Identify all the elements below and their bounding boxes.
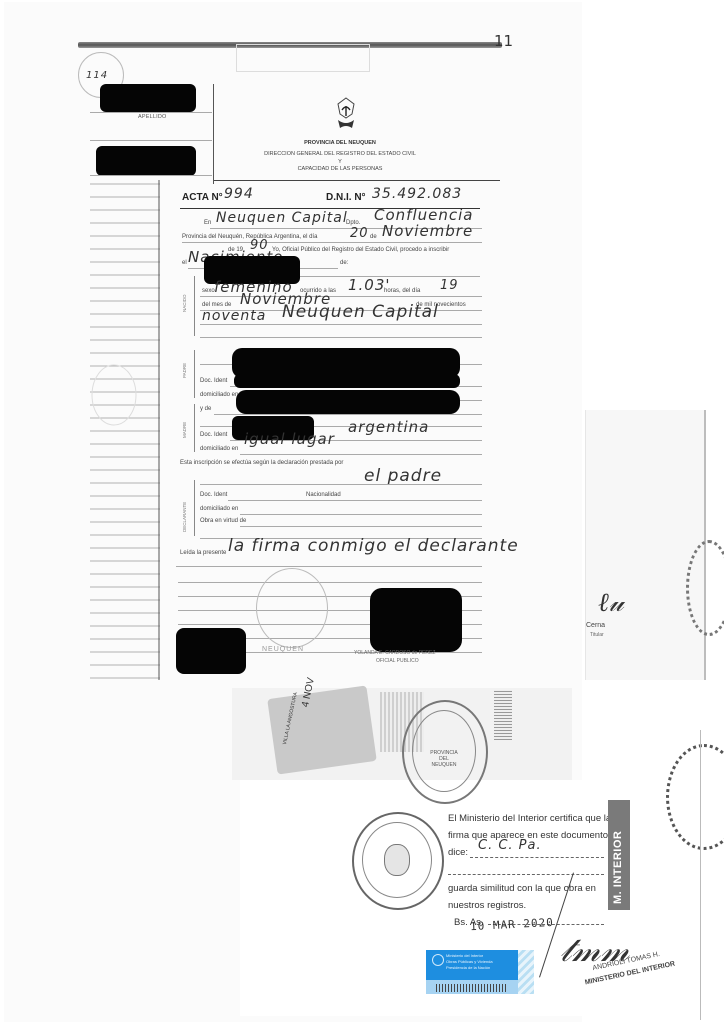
sticker-line-3: Presidencia de la Nación — [446, 965, 490, 970]
form-line — [178, 582, 482, 583]
section-label-madre: MADRE — [182, 422, 187, 438]
padre-doc-label: Doc. Ident — [200, 378, 227, 384]
dotted-line — [448, 874, 604, 875]
place-value: Neuquen Capital — [216, 210, 348, 226]
declarant-value: el padre — [364, 466, 442, 486]
redacted-name — [96, 146, 196, 176]
leida-label: Leída la presente — [180, 550, 226, 556]
cert-line-4: guarda similitud con la que obra en — [448, 880, 596, 897]
day-registered: 20 — [350, 226, 369, 241]
redacted-mother-name — [236, 390, 460, 414]
right-signer-title: Titular — [590, 632, 604, 638]
apellido-label: APELLIDO — [138, 114, 167, 120]
province-title: PROVINCIA DEL NEUQUEN — [220, 140, 460, 146]
sticker-line-2: Obras Públicas y Vivienda — [446, 959, 493, 964]
right-signer-name: Cerna — [586, 622, 605, 629]
margin-notes-column — [88, 180, 160, 690]
madre-domicilio-label: domiciliado en — [200, 446, 238, 452]
m-interior-text: M. INTERIOR — [612, 831, 624, 904]
hologram-strip — [518, 950, 534, 994]
handwritten-signature: ℓ𝓊 — [598, 588, 624, 619]
y-de-label: y de — [200, 406, 211, 412]
cert-line-3-label: dice: — [448, 844, 468, 861]
form-line — [240, 514, 482, 515]
obra-label: Obra en virtud de — [200, 518, 246, 524]
form-line — [228, 500, 482, 501]
hours-label: horas, del día — [384, 288, 420, 294]
folio-number: 11 — [494, 32, 513, 50]
argentina-coat-of-arms-icon — [384, 844, 410, 876]
el-label: el — [182, 260, 187, 266]
redacted-declarant-signature — [176, 628, 246, 674]
en-label: En — [204, 220, 211, 226]
dni-number: 35.492.083 — [372, 186, 462, 202]
section-label-nacido: NACIDO — [182, 294, 187, 312]
madre-doc-label: Doc. Ident — [200, 432, 227, 438]
official-title: OFICIAL PUBLICO — [376, 658, 419, 664]
divider — [90, 140, 212, 141]
madre-nacionalidad-value: argentina — [348, 418, 429, 436]
dni-label: D.N.I. N° — [326, 192, 366, 203]
madre-domicilio-value: igual lugar — [244, 430, 335, 448]
sticker-emblem-icon — [432, 954, 444, 966]
cert-line-5: nuestros registros. — [448, 897, 526, 914]
margin-number: 114 — [86, 70, 108, 81]
form-line — [214, 414, 482, 415]
de-label: de — [370, 234, 377, 240]
section-label-padre: PADRE — [182, 363, 187, 378]
year-word-value: noventa — [202, 308, 266, 324]
cert-signer-initials: C. C. Pa. — [478, 838, 542, 853]
form-line — [200, 324, 482, 325]
page-edge-line — [700, 730, 701, 1020]
official-name: YOLANDA E. CARDOSO de PEREZ — [354, 650, 435, 656]
de-colon-label: de: — [340, 260, 348, 266]
redacted-surname — [100, 84, 196, 112]
declarante-doc-label: Doc. Ident — [200, 492, 227, 498]
cert-line-1: El Ministerio del Interior certifica que… — [448, 810, 611, 827]
agency-line-1: DIRECCION GENERAL DEL REGISTRO DEL ESTAD… — [220, 151, 460, 157]
form-line — [200, 337, 482, 338]
seal-label: NEUQUEN — [262, 646, 304, 653]
divider — [90, 112, 212, 113]
form-line — [182, 242, 482, 243]
faded-stamp — [236, 44, 370, 72]
declarante-nacionalidad-label: Nacionalidad — [306, 492, 341, 498]
section-bracket — [194, 480, 195, 536]
villa-la-angostura-stamp — [267, 685, 377, 774]
form-line — [240, 454, 482, 455]
underlying-page-edge — [585, 410, 706, 680]
province-seal-text: PROVINCIA DEL NEUQUEN — [430, 750, 458, 768]
redacted-official-signature — [370, 588, 462, 652]
declarante-domicilio-label: domiciliado en — [200, 506, 238, 512]
birth-place-value: Neuquen Capital — [282, 302, 439, 322]
sticker-line-1: Ministerio del Interior — [446, 953, 483, 958]
agency-line-3: CAPACIDAD DE LAS PERSONAS — [220, 166, 460, 172]
neuquen-coat-of-arms-icon — [334, 96, 358, 132]
redacted-father-doc — [234, 374, 460, 388]
m-interior-vertical-stamp: M. INTERIOR — [608, 800, 630, 910]
birth-day-value: 19 — [440, 278, 459, 293]
section-label-declarante: DECLARANTE — [182, 502, 187, 532]
ministry-seal-partial — [686, 540, 724, 636]
barcode-stamp — [494, 690, 512, 740]
month-registered: Noviembre — [382, 222, 473, 240]
agency-line-2: Y — [220, 159, 460, 165]
header-rule — [214, 180, 500, 181]
oficial-line: Yo, Oficial Público del Registro del Est… — [272, 247, 449, 253]
dotted-line — [470, 857, 604, 858]
declaration-text: Esta inscripción se efectúa según la dec… — [180, 460, 343, 466]
barcode — [436, 984, 508, 992]
acta-number: 994 — [224, 186, 254, 202]
form-line — [176, 566, 482, 567]
padre-domicilio-label: domiciliado en — [200, 392, 238, 398]
vertical-rule — [213, 84, 214, 184]
form-line — [200, 484, 482, 485]
section-bracket — [194, 404, 195, 452]
relaciones-exteriores-seal — [666, 744, 724, 850]
form-line — [240, 526, 482, 527]
closing-value: la firma conmigo el declarante — [228, 536, 519, 556]
sex-label: sexo — [202, 288, 215, 294]
section-bracket — [194, 276, 195, 336]
neuquen-registry-seal — [256, 568, 328, 648]
acta-label: ACTA N° — [182, 192, 223, 203]
divider — [90, 175, 212, 176]
section-bracket — [194, 350, 195, 398]
